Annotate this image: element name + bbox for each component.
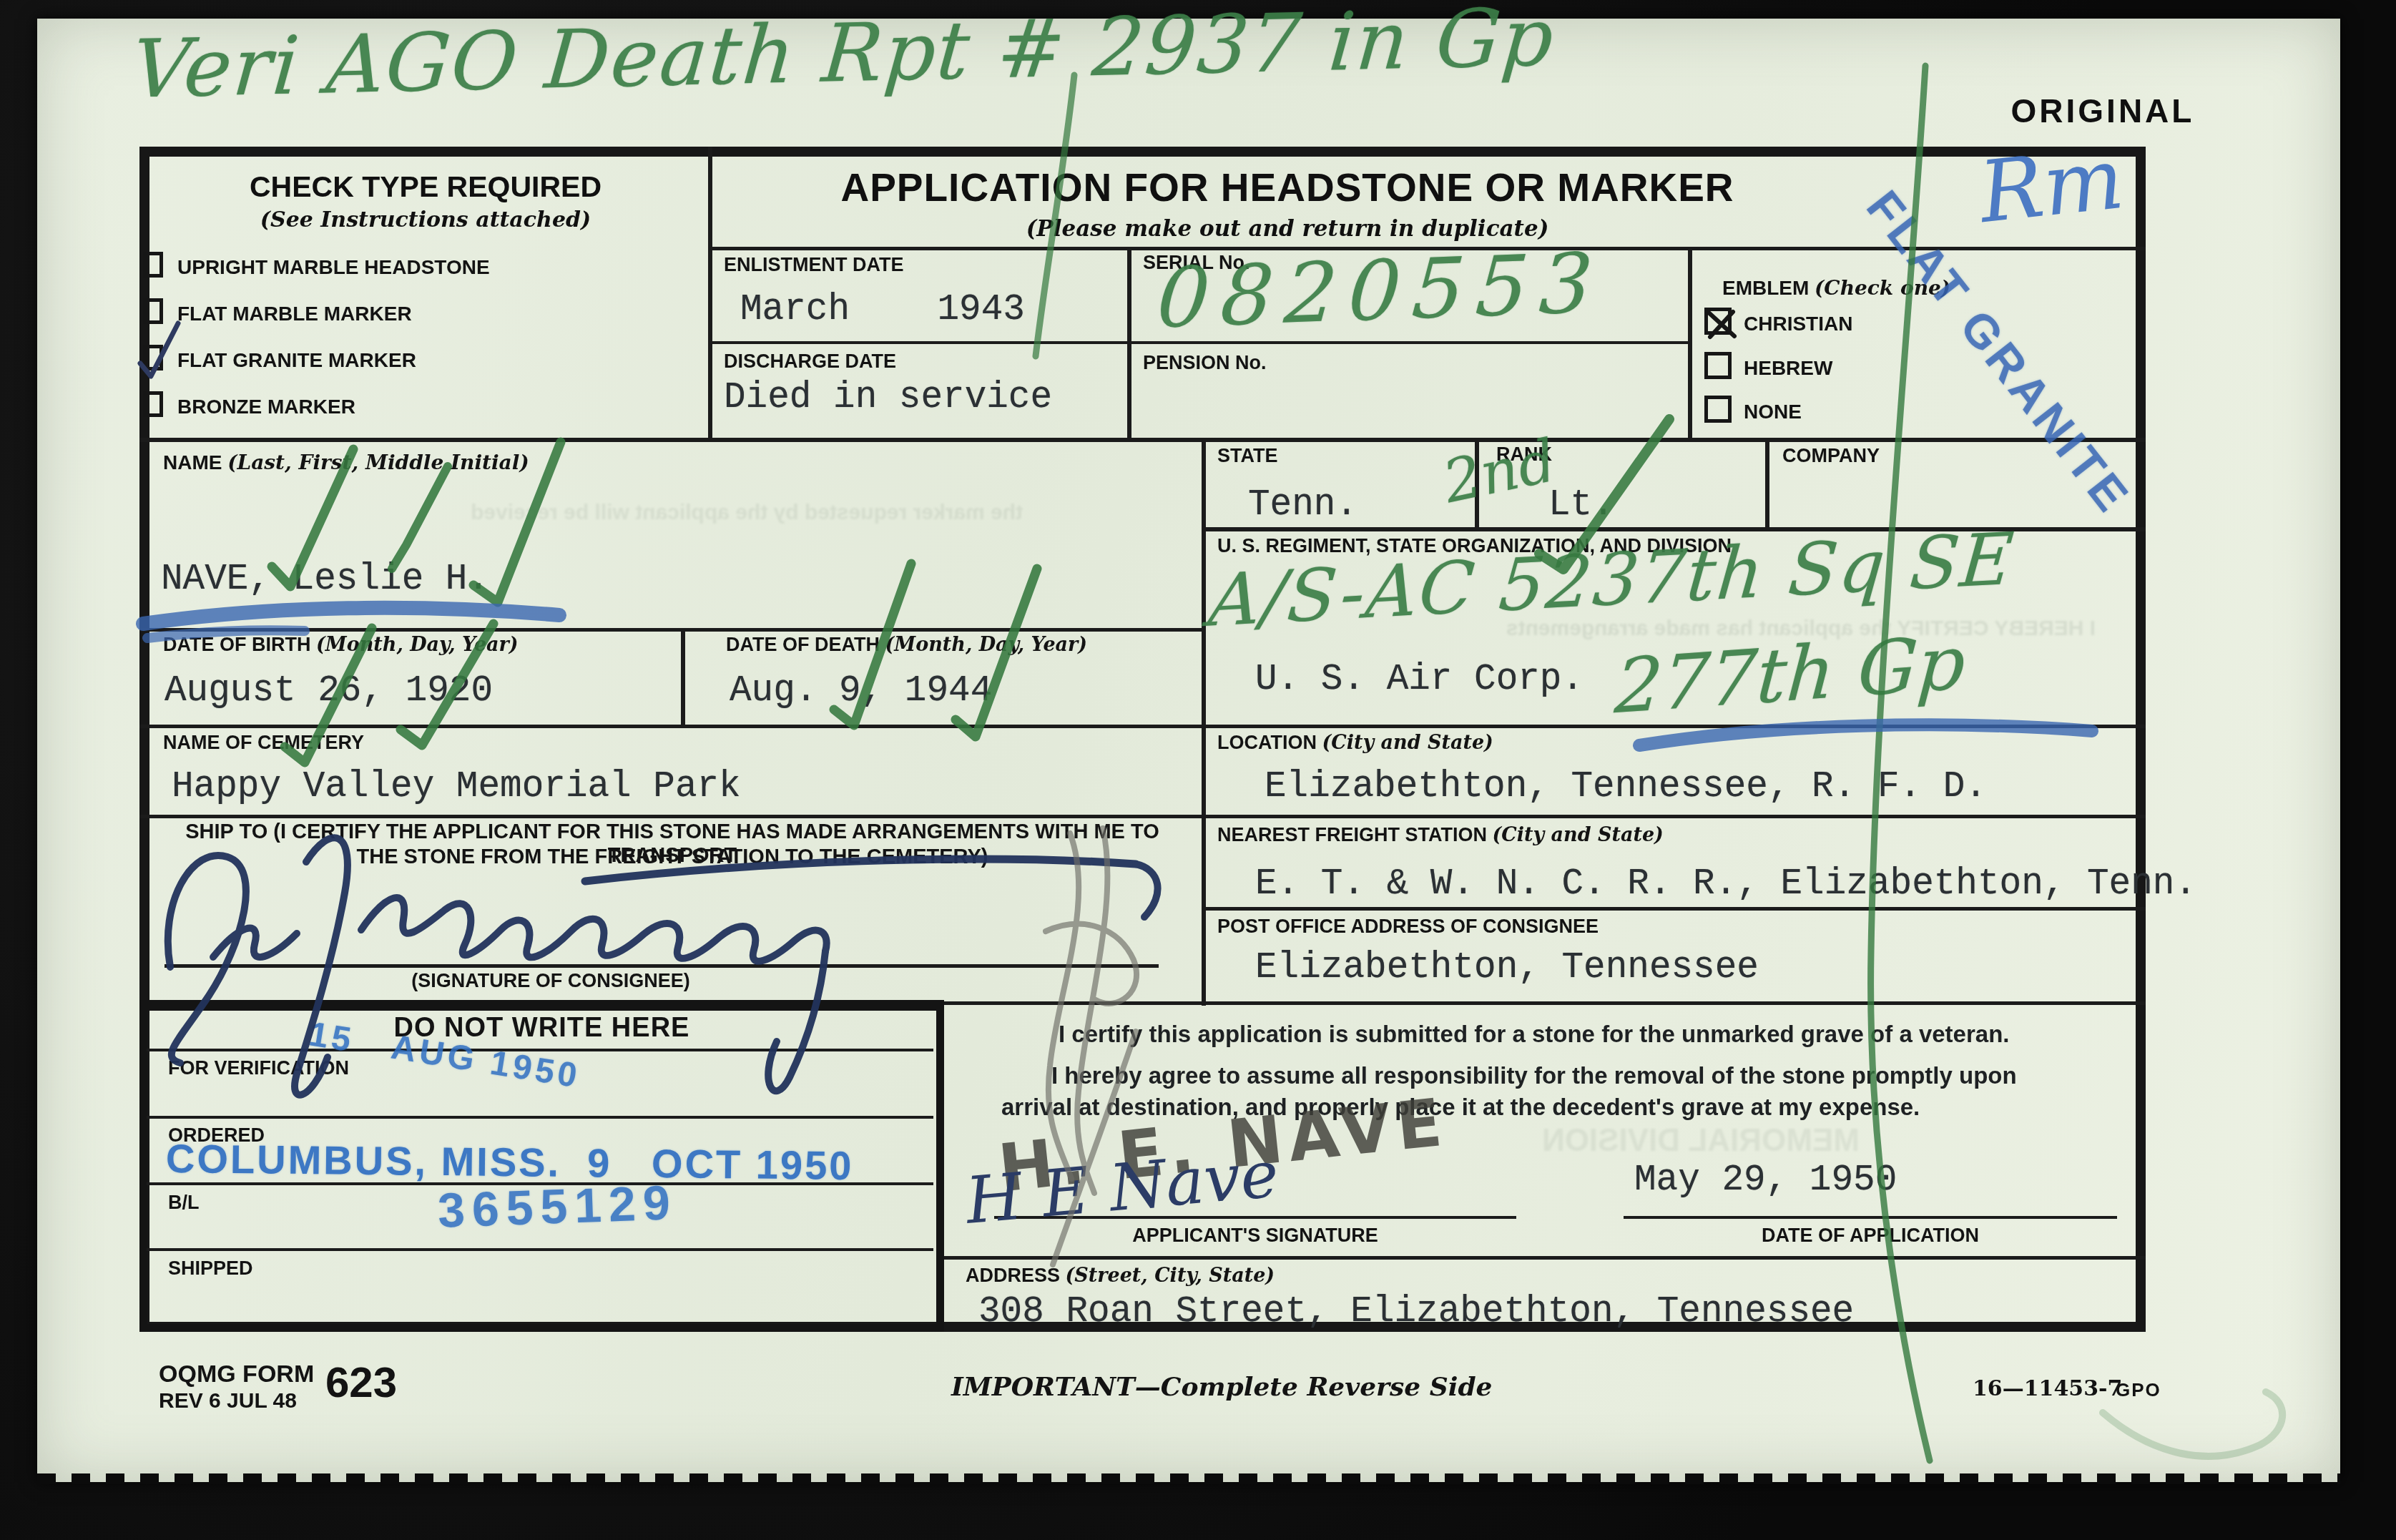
- bl-number-stamp: 3655129: [437, 1174, 678, 1239]
- option-hebrew: HEBREW: [1744, 357, 1832, 380]
- birth-value: August 26, 1920: [165, 671, 493, 712]
- footer-form-rev: REV 6 JUL 48: [159, 1389, 297, 1413]
- freight-label-italic: (City and State): [1493, 824, 1664, 846]
- application-date-label: DATE OF APPLICATION: [1624, 1225, 2117, 1247]
- freight-label: NEAREST FREIGHT STATION (City and State): [1217, 824, 1664, 846]
- checkbox-none[interactable]: [1704, 396, 1732, 423]
- address-label: ADDRESS (Street, City, State): [966, 1265, 1275, 1287]
- birth-label-italic: (Month, Day, Year): [316, 634, 519, 656]
- footer-form-name: OQMG FORM: [159, 1360, 314, 1388]
- checkbox-christian[interactable]: [1704, 308, 1732, 335]
- footer-print-code: 16—11453-7: [1973, 1376, 2122, 1401]
- checkbox-flat-granite[interactable]: [143, 345, 163, 371]
- location-label: LOCATION (City and State): [1217, 732, 1493, 754]
- rule-h-dnw4: [147, 1248, 933, 1251]
- perforation-edge: [37, 1473, 2340, 1484]
- location-label-italic: (City and State): [1322, 732, 1493, 754]
- shipto-label-line2: THE STONE FROM THE FREIGHT STATION TO TH…: [150, 845, 1194, 869]
- form-title: APPLICATION FOR HEADSTONE OR MARKER: [715, 165, 1860, 210]
- option-upright-marble: UPRIGHT MARBLE HEADSTONE: [177, 256, 490, 279]
- rule-h-dnw2: [147, 1116, 933, 1119]
- serial-handwritten-value: 0820553: [1154, 235, 1606, 347]
- verification-label: FOR VERIFICATION: [168, 1057, 349, 1079]
- cemetery-label: NAME OF CEMETERY: [163, 732, 364, 754]
- pension-label: PENSION No.: [1143, 352, 1267, 374]
- rule-h-address-top: [944, 1256, 2146, 1260]
- rule-v-dob-dod: [681, 628, 685, 727]
- top-note-blue: Rm: [1975, 129, 2128, 242]
- certification-para1: I certify this application is submitted …: [1008, 1019, 2096, 1050]
- bleedthrough-text-1: the marker requested by the applicant wi…: [236, 501, 1023, 525]
- state-value: Tenn.: [1248, 485, 1357, 526]
- rule-h-name-bottom: [139, 628, 1205, 632]
- name-label-italic: (Last, First, Middle Initial): [227, 451, 529, 474]
- rule-v-checktype: [708, 147, 712, 440]
- rule-h-po-bottom: [944, 1001, 2146, 1005]
- application-date-value: May 29, 1950: [1634, 1160, 1897, 1201]
- option-flat-granite: FLAT GRANITE MARKER: [177, 349, 416, 372]
- rule-h-dates-bottom: [139, 725, 2146, 728]
- po-address-label: POST OFFICE ADDRESS OF CONSIGNEE: [1217, 916, 1599, 938]
- company-label: COMPANY: [1782, 445, 1880, 467]
- rule-h-name-top: [139, 438, 2146, 442]
- death-label-italic: (Month, Day, Year): [885, 634, 1088, 656]
- checkbox-bronze[interactable]: [143, 391, 163, 417]
- rule-v-rank-company: [1765, 438, 1769, 529]
- discharge-value: Died in service: [724, 378, 1052, 418]
- checktype-subtitle: (See Instructions attached): [154, 207, 697, 232]
- cemetery-value: Happy Valley Memorial Park: [172, 767, 741, 808]
- bl-label: B/L: [168, 1192, 200, 1214]
- checkbox-upright-marble[interactable]: [143, 252, 163, 278]
- option-flat-marble: FLAT MARBLE MARKER: [177, 303, 412, 325]
- checkbox-flat-marble[interactable]: [143, 298, 163, 324]
- footer-form-number: 623: [325, 1358, 397, 1407]
- freight-value: E. T. & W. N. C. R. R., Elizabethton, Te…: [1255, 864, 2196, 905]
- footer-important: IMPORTANT—Complete Reverse Side: [951, 1372, 1493, 1402]
- death-value: Aug. 9, 1944: [730, 671, 992, 712]
- address-label-italic: (Street, City, State): [1066, 1265, 1275, 1287]
- enlistment-value: March 1943: [740, 290, 1025, 330]
- shipped-label: SHIPPED: [168, 1257, 253, 1280]
- enlistment-label: ENLISTMENT DATE: [724, 254, 904, 276]
- dnw-title: DO NOT WRITE HERE: [147, 1013, 937, 1044]
- birth-label: DATE OF BIRTH (Month, Day, Year): [163, 634, 519, 656]
- rule-h-cemetery-bottom: [139, 815, 2146, 818]
- option-christian: CHRISTIAN: [1744, 313, 1852, 335]
- footer-gpo: GPO: [2116, 1379, 2161, 1401]
- rule-h-freight-bottom: [1202, 907, 2146, 911]
- name-label: NAME (Last, First, Middle Initial): [163, 451, 529, 474]
- rule-v-emblem: [1688, 247, 1692, 440]
- copy-label: ORIGINAL: [1988, 92, 2217, 130]
- option-bronze: BRONZE MARKER: [177, 396, 355, 418]
- name-value: NAVE, Leslie H.: [161, 559, 489, 600]
- location-value: Elizabethton, Tennessee, R. F. D.: [1265, 767, 1987, 808]
- state-label: STATE: [1217, 445, 1278, 467]
- scanned-document: ORIGINAL APPLICATION FOR HEADSTONE OR MA…: [0, 0, 2396, 1540]
- regiment-value: U. S. Air Corp.: [1255, 659, 1584, 700]
- rule-v-namecol: [1202, 438, 1206, 1006]
- discharge-label: DISCHARGE DATE: [724, 350, 896, 373]
- checkbox-hebrew[interactable]: [1704, 352, 1732, 379]
- po-address-value: Elizabethton, Tennessee: [1255, 948, 1759, 989]
- rule-h-consignee-line: [165, 964, 1159, 968]
- death-label: DATE OF DEATH (Month, Day, Year): [726, 634, 1087, 656]
- rule-h-date-app: [1624, 1216, 2117, 1219]
- checktype-title: CHECK TYPE REQUIRED: [154, 170, 697, 204]
- option-none: NONE: [1744, 401, 1802, 423]
- form-subtitle: (Please make out and return in duplicate…: [715, 216, 1860, 242]
- address-value: 308 Roan Street, Elizabethton, Tennessee: [978, 1292, 1854, 1333]
- consignee-signature-caption: (SIGNATURE OF CONSIGNEE): [279, 970, 823, 992]
